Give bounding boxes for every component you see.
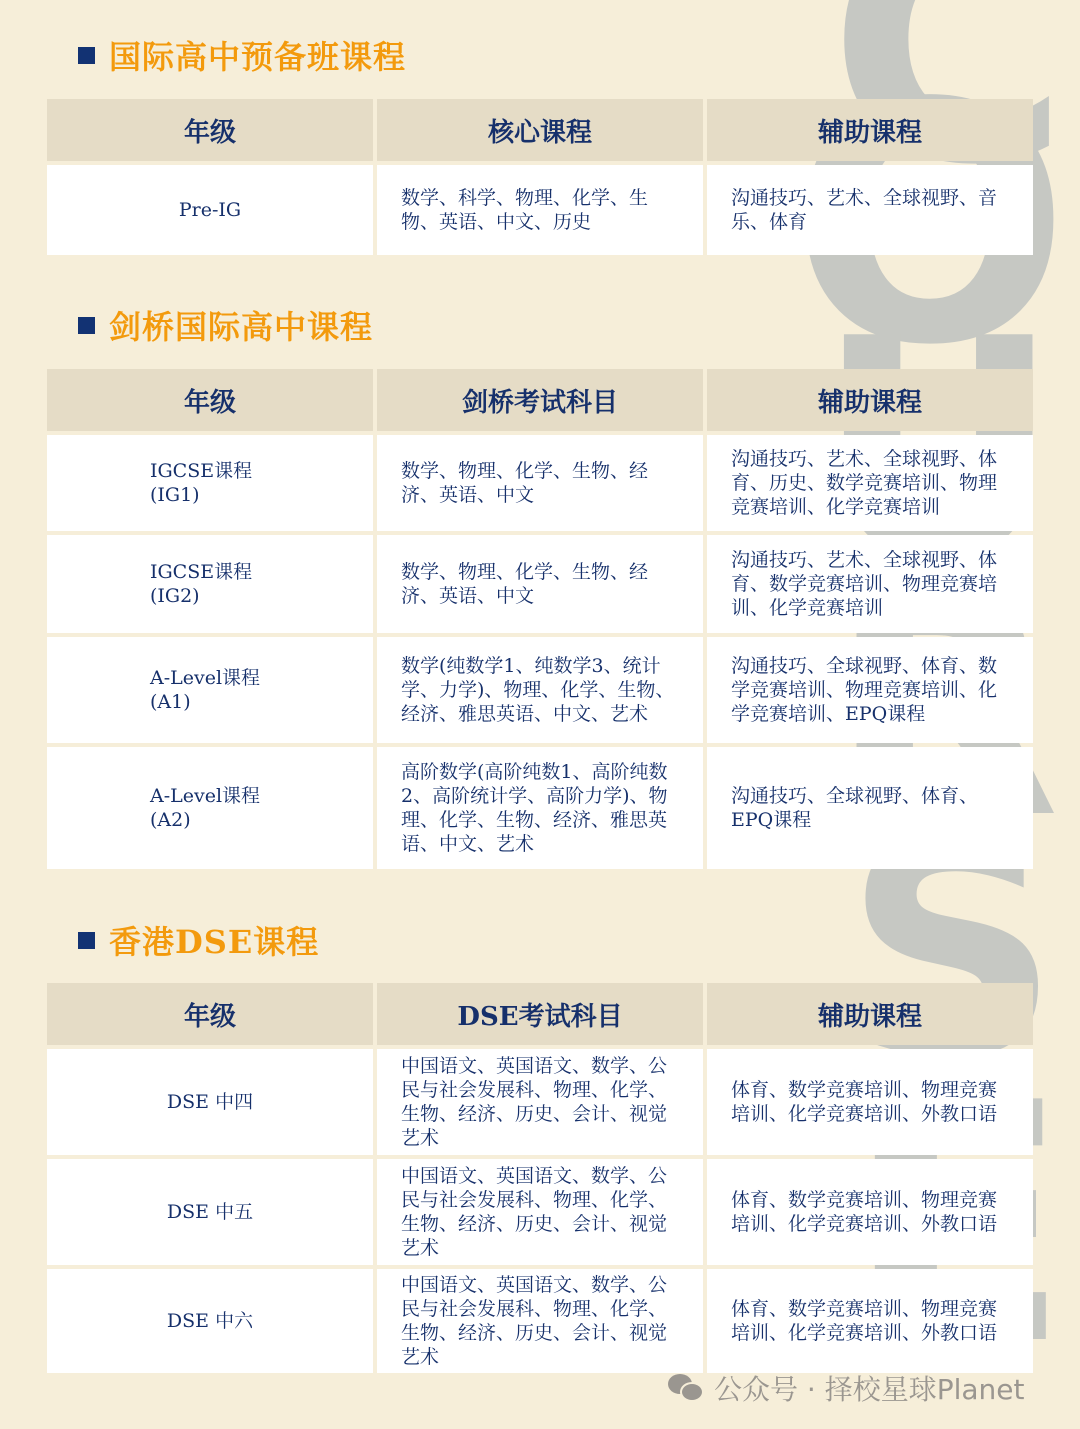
table-row: DSE 中六 中国语文、英国语文、数学、公民与社会发展科、物理、化学、生物、经济… — [47, 1269, 1033, 1373]
cell-core: 中国语文、英国语文、数学、公民与社会发展科、物理、化学、生物、经济、历史、会计、… — [377, 1049, 703, 1155]
section-title-text: 香港DSE课程 — [109, 917, 319, 963]
cell-grade: A-Level课程 (A1) — [47, 637, 373, 743]
core-text: 数学、物理、化学、生物、经济、英语、中文 — [401, 560, 679, 608]
cell-core: 数学、科学、物理、化学、生物、英语、中文、历史 — [377, 165, 703, 255]
footer-text: 公众号 · 择校星球Planet — [714, 1368, 1024, 1408]
section-title-text: 剑桥国际高中课程 — [109, 302, 373, 348]
cell-grade: DSE 中四 — [47, 1049, 373, 1155]
cell-grade: DSE 中六 — [47, 1269, 373, 1373]
bullet-square-icon — [78, 317, 95, 334]
header-aux: 辅助课程 — [707, 983, 1033, 1045]
cambridge-table: 年级 剑桥考试科目 辅助课程 IGCSE课程 (IG1) 数学、物理、化学、生物… — [47, 369, 1033, 869]
grade-text: IGCSE课程 (IG2) — [150, 560, 310, 608]
aux-text: 沟通技巧、艺术、全球视野、体育、数学竞赛培训、物理竞赛培训、化学竞赛培训 — [731, 548, 1009, 620]
cell-aux: 体育、数学竞赛培训、物理竞赛培训、化学竞赛培训、外教口语 — [707, 1269, 1033, 1373]
aux-text: 沟通技巧、全球视野、体育、EPQ课程 — [731, 784, 1009, 832]
table-header-row: 年级 剑桥考试科目 辅助课程 — [47, 369, 1033, 431]
section-title-text: 国际高中预备班课程 — [109, 32, 406, 78]
cell-aux: 沟通技巧、全球视野、体育、EPQ课程 — [707, 747, 1033, 869]
cell-aux: 沟通技巧、艺术、全球视野、体育、数学竞赛培训、物理竞赛培训、化学竞赛培训 — [707, 535, 1033, 633]
header-core: 核心课程 — [377, 99, 703, 161]
aux-text: 体育、数学竞赛培训、物理竞赛培训、化学竞赛培训、外教口语 — [731, 1297, 1009, 1345]
cell-grade: IGCSE课程 (IG1) — [47, 435, 373, 531]
cell-aux: 沟通技巧、全球视野、体育、数学竞赛培训、物理竞赛培训、化学竞赛培训、EPQ课程 — [707, 637, 1033, 743]
table-row: IGCSE课程 (IG2) 数学、物理、化学、生物、经济、英语、中文 沟通技巧、… — [47, 535, 1033, 633]
aux-text: 沟通技巧、艺术、全球视野、体育、历史、数学竞赛培训、物理竞赛培训、化学竞赛培训 — [731, 447, 1009, 519]
cell-aux: 沟通技巧、艺术、全球视野、音乐、体育 — [707, 165, 1033, 255]
aux-text: 沟通技巧、全球视野、体育、数学竞赛培训、物理竞赛培训、化学竞赛培训、EPQ课程 — [731, 654, 1009, 726]
cell-core: 中国语文、英国语文、数学、公民与社会发展科、物理、化学、生物、经济、历史、会计、… — [377, 1269, 703, 1373]
table-row: IGCSE课程 (IG1) 数学、物理、化学、生物、经济、英语、中文 沟通技巧、… — [47, 435, 1033, 531]
core-text: 数学(纯数学1、纯数学3、统计学、力学)、物理、化学、生物、经济、雅思英语、中文… — [401, 654, 679, 726]
header-exam-subjects: DSE考试科目 — [377, 983, 703, 1045]
table-row: A-Level课程 (A2) 高阶数学(高阶纯数1、高阶纯数2、高阶统计学、高阶… — [47, 747, 1033, 869]
header-aux: 辅助课程 — [707, 369, 1033, 431]
cell-grade: A-Level课程 (A2) — [47, 747, 373, 869]
core-text: 高阶数学(高阶纯数1、高阶纯数2、高阶统计学、高阶力学)、物理、化学、生物、经济… — [401, 760, 679, 856]
cell-core: 数学、物理、化学、生物、经济、英语、中文 — [377, 435, 703, 531]
cell-aux: 沟通技巧、艺术、全球视野、体育、历史、数学竞赛培训、物理竞赛培训、化学竞赛培训 — [707, 435, 1033, 531]
footer-watermark: 公众号 · 择校星球Planet — [666, 1368, 1024, 1408]
grade-text: Pre-IG — [179, 198, 241, 222]
table-row: DSE 中五 中国语文、英国语文、数学、公民与社会发展科、物理、化学、生物、经济… — [47, 1159, 1033, 1265]
section-title-cambridge: 剑桥国际高中课程 — [78, 302, 373, 348]
core-text: 数学、物理、化学、生物、经济、英语、中文 — [401, 459, 679, 507]
core-text: 中国语文、英国语文、数学、公民与社会发展科、物理、化学、生物、经济、历史、会计、… — [401, 1054, 679, 1150]
core-text: 数学、科学、物理、化学、生物、英语、中文、历史 — [401, 186, 679, 234]
grade-text: IGCSE课程 (IG1) — [150, 459, 310, 507]
aux-text: 沟通技巧、艺术、全球视野、音乐、体育 — [731, 186, 1009, 234]
aux-text: 体育、数学竞赛培训、物理竞赛培训、化学竞赛培训、外教口语 — [731, 1078, 1009, 1126]
grade-text: DSE 中五 — [167, 1200, 253, 1224]
aux-text: 体育、数学竞赛培训、物理竞赛培训、化学竞赛培训、外教口语 — [731, 1188, 1009, 1236]
cell-grade: IGCSE课程 (IG2) — [47, 535, 373, 633]
grade-text: A-Level课程 (A2) — [150, 784, 310, 832]
header-grade: 年级 — [47, 369, 373, 431]
table-row: A-Level课程 (A1) 数学(纯数学1、纯数学3、统计学、力学)、物理、化… — [47, 637, 1033, 743]
wechat-icon — [666, 1372, 706, 1404]
cell-core: 高阶数学(高阶纯数1、高阶纯数2、高阶统计学、高阶力学)、物理、化学、生物、经济… — [377, 747, 703, 869]
header-aux: 辅助课程 — [707, 99, 1033, 161]
grade-text: A-Level课程 (A1) — [150, 666, 310, 714]
table-row: Pre-IG 数学、科学、物理、化学、生物、英语、中文、历史 沟通技巧、艺术、全… — [47, 165, 1033, 255]
table-header-row: 年级 核心课程 辅助课程 — [47, 99, 1033, 161]
dse-table: 年级 DSE考试科目 辅助课程 DSE 中四 中国语文、英国语文、数学、公民与社… — [47, 983, 1033, 1373]
table-row: DSE 中四 中国语文、英国语文、数学、公民与社会发展科、物理、化学、生物、经济… — [47, 1049, 1033, 1155]
header-grade: 年级 — [47, 983, 373, 1045]
core-text: 中国语文、英国语文、数学、公民与社会发展科、物理、化学、生物、经济、历史、会计、… — [401, 1273, 679, 1369]
pre-ig-table: 年级 核心课程 辅助课程 Pre-IG 数学、科学、物理、化学、生物、英语、中文… — [47, 99, 1033, 255]
bullet-square-icon — [78, 47, 95, 64]
table-header-row: 年级 DSE考试科目 辅助课程 — [47, 983, 1033, 1045]
grade-text: DSE 中四 — [167, 1090, 253, 1114]
cell-grade: Pre-IG — [47, 165, 373, 255]
cell-grade: DSE 中五 — [47, 1159, 373, 1265]
cell-aux: 体育、数学竞赛培训、物理竞赛培训、化学竞赛培训、外教口语 — [707, 1049, 1033, 1155]
cell-core: 数学、物理、化学、生物、经济、英语、中文 — [377, 535, 703, 633]
core-text: 中国语文、英国语文、数学、公民与社会发展科、物理、化学、生物、经济、历史、会计、… — [401, 1164, 679, 1260]
cell-core: 数学(纯数学1、纯数学3、统计学、力学)、物理、化学、生物、经济、雅思英语、中文… — [377, 637, 703, 743]
section-title-dse: 香港DSE课程 — [78, 917, 319, 963]
header-exam-subjects: 剑桥考试科目 — [377, 369, 703, 431]
header-grade: 年级 — [47, 99, 373, 161]
bullet-square-icon — [78, 932, 95, 949]
section-title-pre-ig: 国际高中预备班课程 — [78, 32, 406, 78]
cell-core: 中国语文、英国语文、数学、公民与社会发展科、物理、化学、生物、经济、历史、会计、… — [377, 1159, 703, 1265]
cell-aux: 体育、数学竞赛培训、物理竞赛培训、化学竞赛培训、外教口语 — [707, 1159, 1033, 1265]
grade-text: DSE 中六 — [167, 1309, 253, 1333]
